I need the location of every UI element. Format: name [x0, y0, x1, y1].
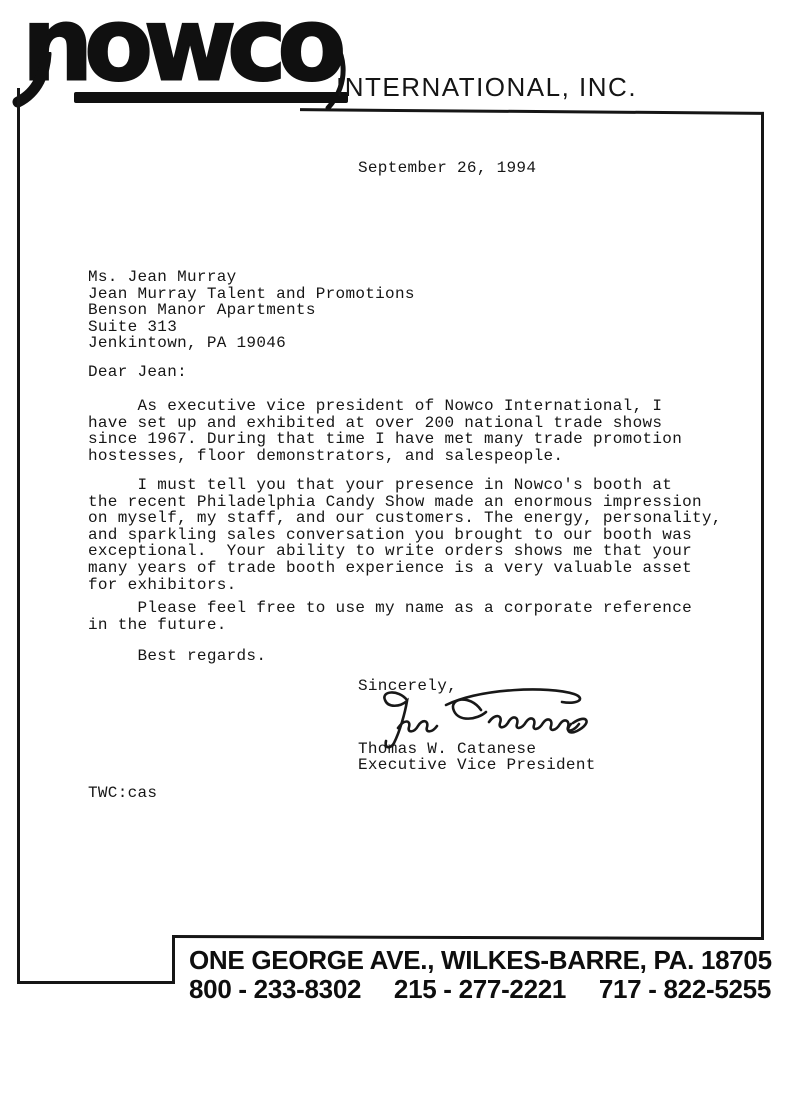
footer-phone-row: 800 - 233-8302 215 - 277-2221 717 - 822-… — [189, 974, 771, 1004]
footer-phone-215: 215 - 277-2221 — [394, 974, 566, 1004]
left-border-rule — [17, 88, 20, 984]
bottom-left-rule — [17, 981, 175, 984]
body-paragraph-1: As executive vice president of Nowco Int… — [88, 398, 682, 464]
company-name: INTERNATIONAL, INC. — [336, 72, 637, 103]
right-border-rule — [761, 113, 764, 940]
recipient-address-block: Ms. Jean Murray Jean Murray Talent and P… — [88, 269, 415, 352]
letter-page: nowco INTERNATIONAL, INC. September 26, … — [0, 0, 800, 1099]
footer-top-rule — [172, 935, 764, 940]
body-paragraph-3: Please feel free to use my name as a cor… — [88, 600, 692, 633]
nowco-logo: nowco — [22, 0, 337, 104]
regards-line: Best regards. — [88, 648, 266, 665]
body-paragraph-2: I must tell you that your presence in No… — [88, 477, 722, 593]
salutation: Dear Jean: — [88, 364, 187, 381]
bottom-step-rule — [172, 937, 175, 984]
logo-underline-bar — [74, 92, 348, 103]
footer: ONE GEORGE AVE., WILKES-BARRE, PA. 18705… — [189, 946, 771, 1004]
footer-phone-717: 717 - 822-5255 — [599, 974, 771, 1004]
footer-address: ONE GEORGE AVE., WILKES-BARRE, PA. 18705 — [189, 946, 771, 974]
signer-title: Executive Vice President — [358, 757, 596, 774]
letter-date: September 26, 1994 — [358, 160, 536, 177]
typist-reference: TWC:cas — [88, 785, 157, 802]
top-border-rule — [300, 108, 764, 115]
footer-phone-800: 800 - 233-8302 — [189, 974, 361, 1004]
